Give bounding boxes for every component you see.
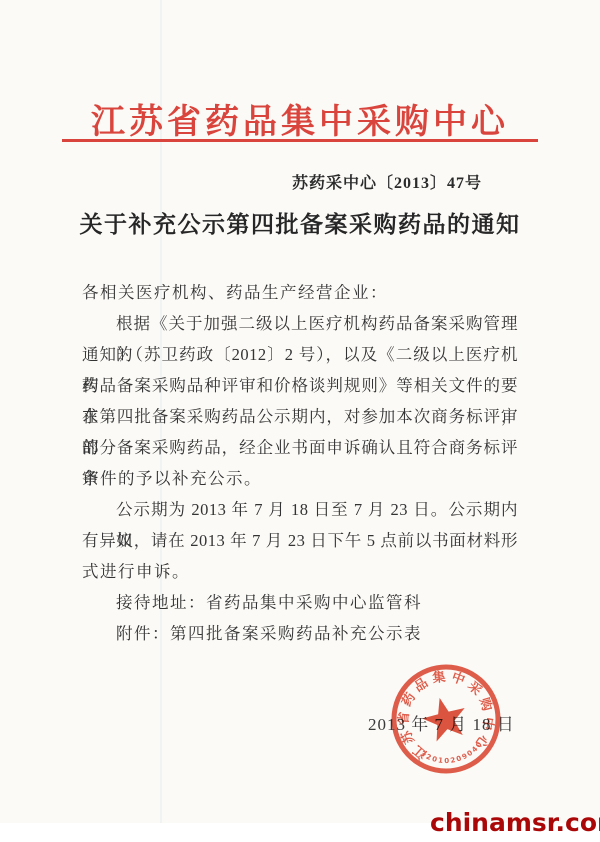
body-line: 通知》（苏卫药政〔2012〕2 号），以及《二级以上医疗机构 (82, 339, 518, 370)
document-number: 苏药采中心〔2013〕47号 (292, 170, 482, 193)
notice-body: 各相关医疗机构、药品生产经营企业： 根据《关于加强二级以上医疗机构药品备案采购管… (82, 277, 518, 649)
watermark-chinamsr: chinamsr.com (430, 808, 600, 837)
body-line: 条件的予以补充公示。 (82, 463, 518, 494)
official-seal: 江苏省药品集中采购中心 3201020904066 (386, 659, 506, 779)
body-line: 公示期为 2013 年 7 月 18 日至 7 月 23 日。公示期内如 (82, 494, 518, 525)
body-line: 接待地址：省药品集中采购中心监管科 (82, 587, 518, 618)
body-line: 式进行申诉。 (82, 556, 518, 587)
body-line: 各相关医疗机构、药品生产经营企业： (82, 277, 518, 308)
letterhead-divider (62, 139, 538, 142)
body-line: 在第四批备案采购药品公示期内，对参加本次商务标评审的 (82, 401, 518, 432)
body-line: 药品备案采购品种评审和价格谈判规则》等相关文件的要求， (82, 370, 518, 401)
body-line: 有异议，请在 2013 年 7 月 23 日下午 5 点前以书面材料形 (82, 525, 518, 556)
body-line: 附件：第四批备案采购药品补充公示表 (82, 618, 518, 649)
letterhead-org-name: 江苏省药品集中采购中心 (0, 94, 600, 143)
body-line: 根据《关于加强二级以上医疗机构药品备案采购管理的 (82, 308, 518, 339)
notice-title: 关于补充公示第四批备案采购药品的通知 (0, 206, 600, 239)
seal-star-icon (418, 693, 471, 744)
body-line: 部分备案采购药品，经企业书面申诉确认且符合商务标评审 (82, 432, 518, 463)
scanned-notice-page: 江苏省药品集中采购中心 苏药采中心〔2013〕47号 关于补充公示第四批备案采购… (0, 0, 600, 842)
